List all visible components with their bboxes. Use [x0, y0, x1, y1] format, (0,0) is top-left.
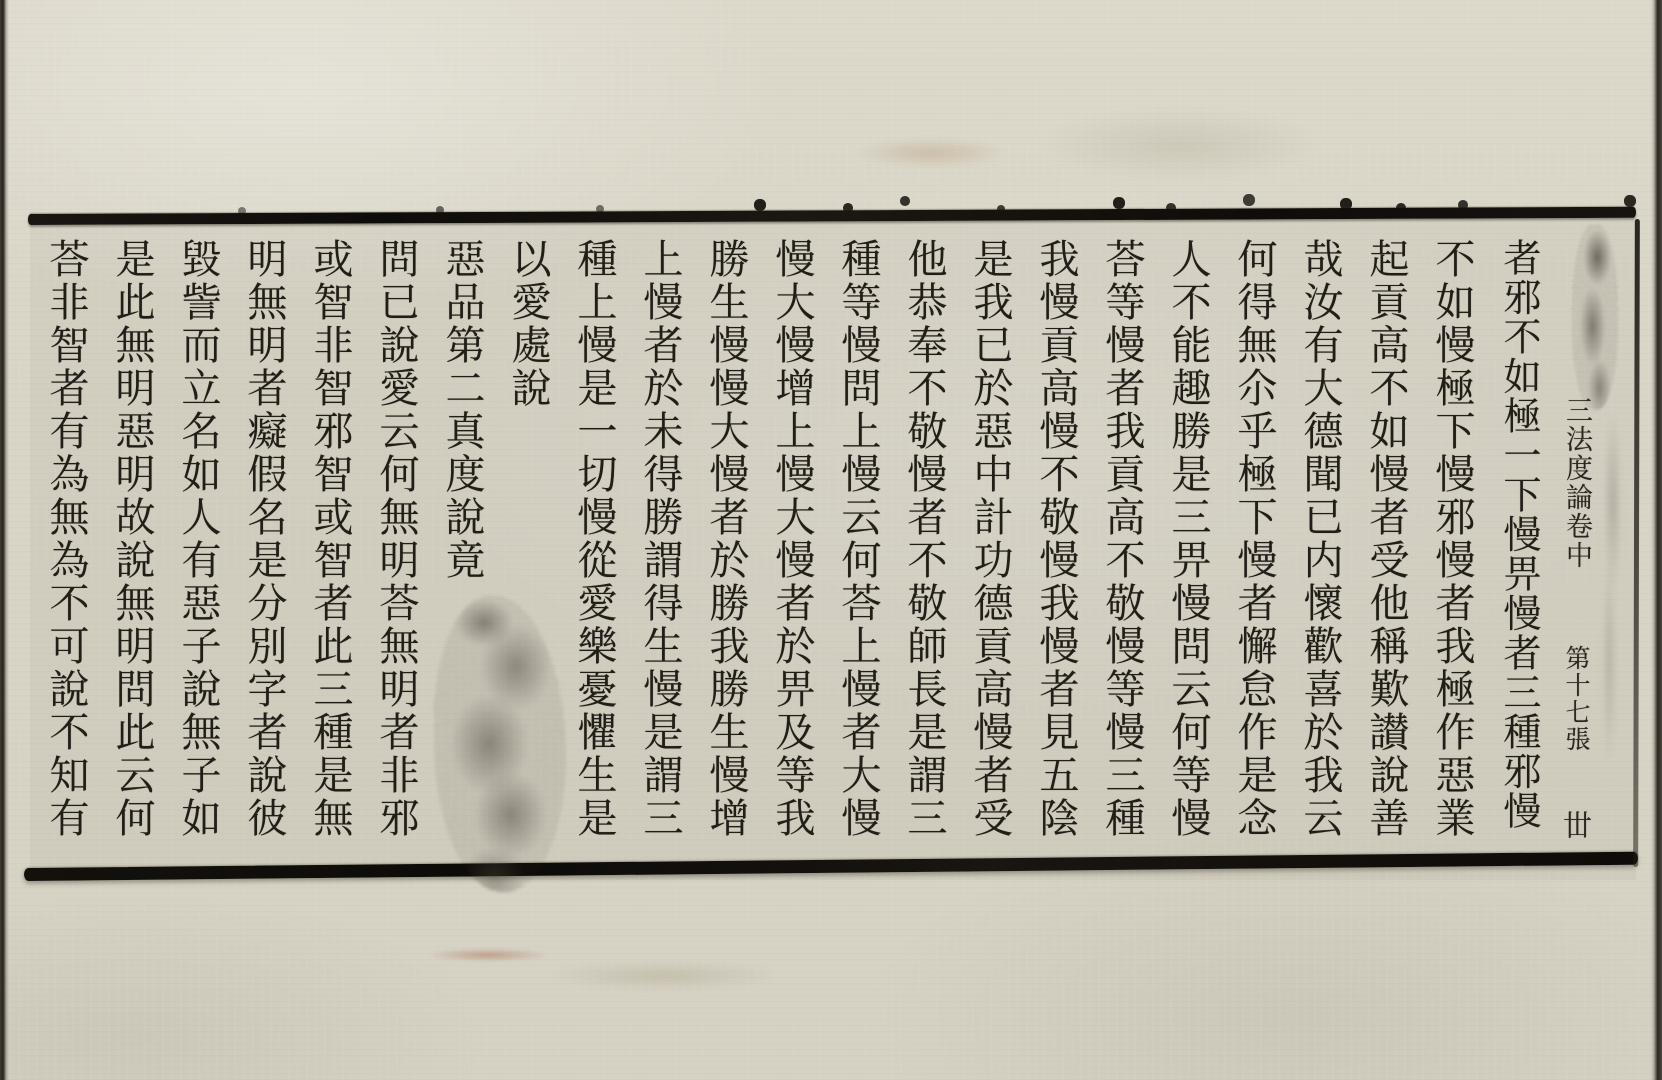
- page-edge-right: [1651, 0, 1662, 1080]
- text-column-13: 勝生慢慢大慢者於勝我勝生慢增: [706, 238, 746, 858]
- text-column-20: 明無明者癡假名是分別字者說彼: [244, 238, 284, 858]
- text-column-4: 哉汝有大德聞已内懷歡喜於我云: [1300, 238, 1340, 858]
- title-column: 三法度論卷中 第十七張 丗: [1560, 238, 1590, 858]
- paper-stain: [548, 962, 778, 990]
- text-column-12: 慢大慢增上慢大慢者於畀及等我: [772, 238, 812, 858]
- text-column-3: 起貢高不如慢者受他稱歎讃說善: [1366, 238, 1406, 858]
- text-column-14: 上慢者於未得勝謂得生慢是謂三: [640, 238, 680, 858]
- text-column-6: 人不能趣勝是三畀慢問云何等慢: [1168, 238, 1208, 858]
- paper-stain: [428, 948, 548, 962]
- text-column-7: 荅等慢者我貢高不敬慢等慢三種: [1102, 238, 1142, 858]
- sheet-number: 第十七張: [1562, 645, 1591, 753]
- text-column-10: 他恭奉不敬慢者不敬師長是謂三: [904, 238, 944, 858]
- text-column-11: 種等慢問上慢云何荅上慢者大慢: [838, 238, 878, 858]
- paper-stain: [856, 138, 1006, 168]
- frame-border-right: [1633, 219, 1640, 867]
- text-column-16: 以愛處說: [508, 238, 548, 858]
- text-column-17: 惡品第二真度說竟: [442, 238, 482, 858]
- page-edge-left: [0, 0, 9, 1080]
- text-column-9: 是我已於惡中計功德貢高慢者受: [970, 238, 1010, 858]
- text-column-2: 不如慢極下慢邪慢者我極作惡業: [1432, 238, 1472, 858]
- text-column-18: 問已說愛云何無明荅無明者非邪: [376, 238, 416, 858]
- text-column-8: 我慢貢高慢不敬慢我慢者見五陰: [1036, 238, 1076, 858]
- text-column-22: 是此無明惡明故說無明問此云何: [112, 238, 152, 858]
- text-column-23: 荅非智者有為無為不可說不知有: [46, 238, 86, 858]
- text-column-19: 或智非智邪智或智者此三種是無: [310, 238, 350, 858]
- collation-mark: 丗: [1559, 810, 1593, 841]
- volume-title: 三法度論卷中: [1561, 396, 1592, 570]
- text-column-5: 何得無尒乎極下慢者懈怠作是念: [1234, 238, 1274, 858]
- page-container: 三法度論卷中 第十七張 丗 者邪不如極一下慢畀慢者三種邪慢 不如慢極下慢邪慢者我…: [0, 0, 1662, 1080]
- text-column-21: 毀訾而立名如人有惡子說無子如: [178, 238, 218, 858]
- paper-stain: [1040, 110, 1320, 180]
- text-column-15: 種上慢是一切慢從愛樂憂懼生是: [574, 238, 614, 858]
- text-block: 三法度論卷中 第十七張 丗 者邪不如極一下慢畀慢者三種邪慢 不如慢極下慢邪慢者我…: [20, 238, 1616, 858]
- text-column-1: 者邪不如極一下慢畀慢者三種邪慢: [1498, 238, 1538, 858]
